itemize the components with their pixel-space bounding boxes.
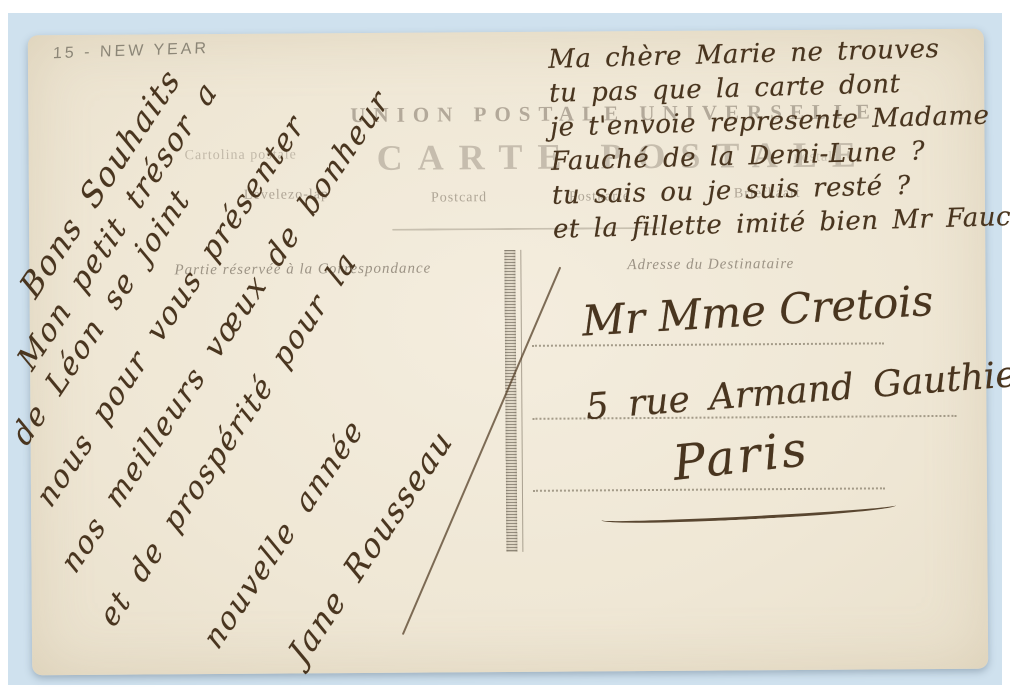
divider-bar bbox=[504, 250, 517, 552]
message-block: Ma chère Marie ne trouves tu pas que la … bbox=[548, 29, 1010, 247]
language-label-postcard: Postcard bbox=[431, 190, 487, 206]
address-line-recipient: Mr Mme Cretois bbox=[581, 276, 935, 346]
signature: Jane Rousseau bbox=[281, 421, 460, 671]
address-line-city: Paris bbox=[670, 421, 812, 492]
postcard: 15 - NEW YEAR UNION POSTALE UNIVERSELLE … bbox=[28, 29, 988, 676]
divider-line bbox=[520, 250, 523, 552]
city-underline-flourish bbox=[601, 499, 896, 527]
address-section-label: Adresse du Destinataire bbox=[627, 256, 794, 274]
pencil-note: 15 - NEW YEAR bbox=[53, 40, 210, 63]
